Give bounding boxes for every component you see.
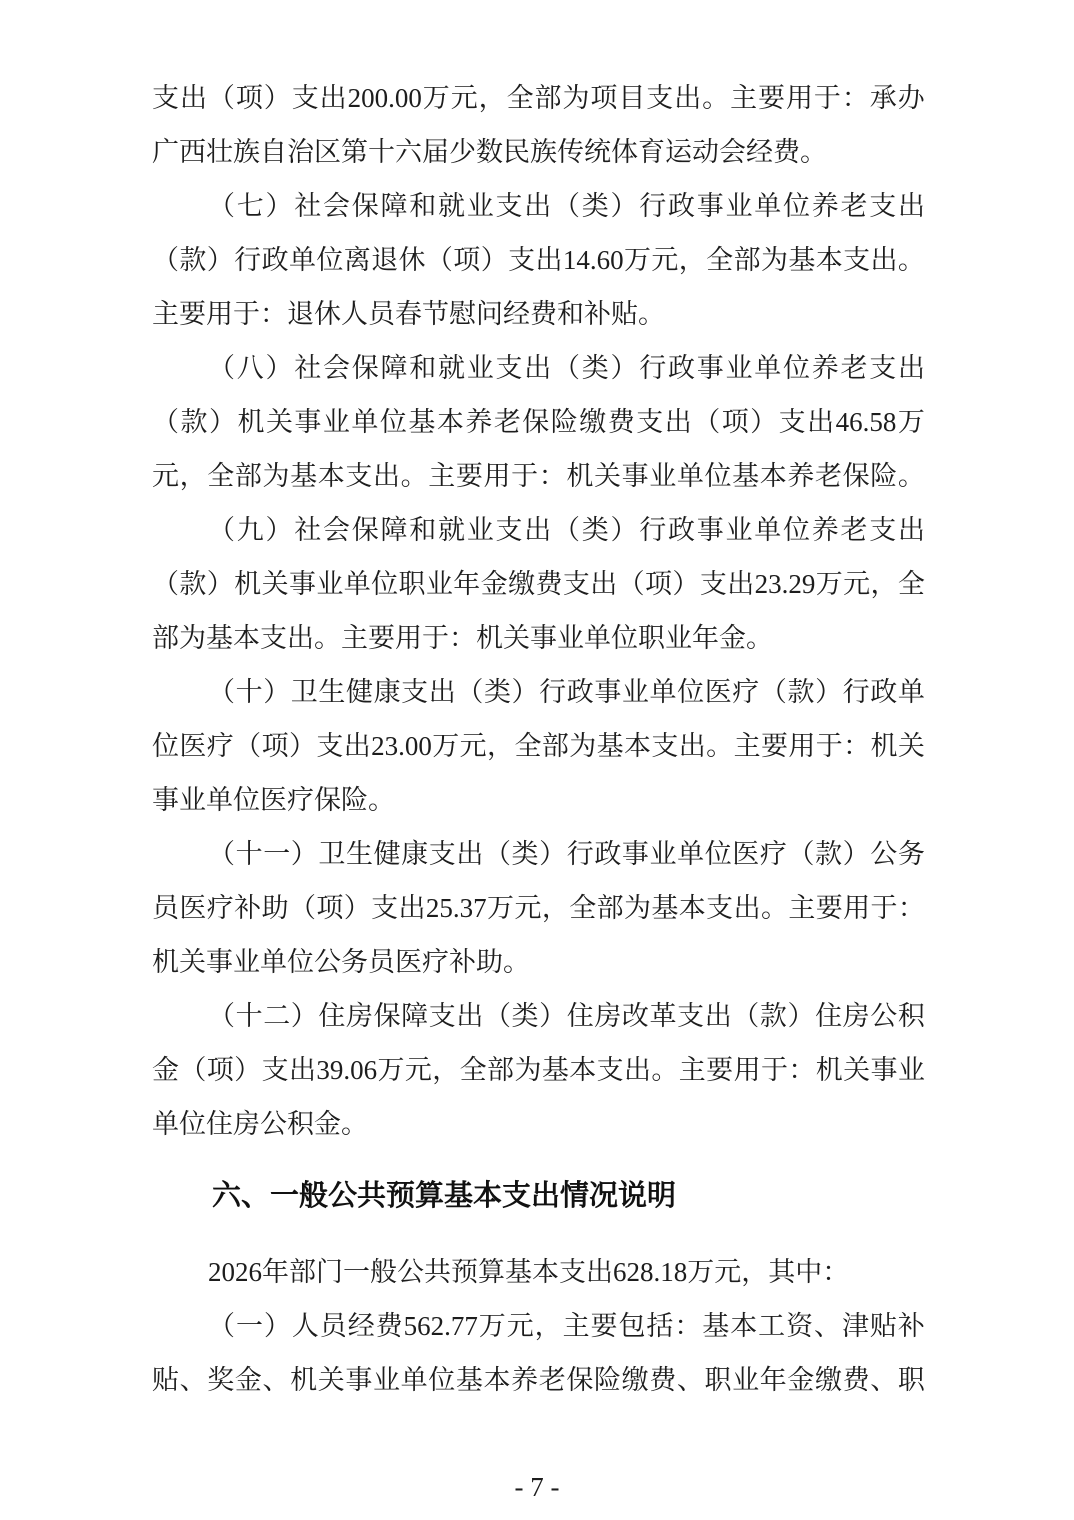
text-line: 员医疗补助（项）支出25.37万元，全部为基本支出。主要用于： [152, 881, 925, 935]
text-line: 单位住房公积金。 [152, 1097, 925, 1151]
text-line: （十一）卫生健康支出（类）行政事业单位医疗（款）公务 [152, 827, 925, 881]
text-line: 广西壮族自治区第十六届少数民族传统体育运动会经费。 [152, 125, 925, 179]
text-line: （七）社会保障和就业支出（类）行政事业单位养老支出 [152, 179, 925, 233]
text-line: 2026年部门一般公共预算基本支出628.18万元，其中： [152, 1245, 925, 1299]
text-line: （款）机关事业单位基本养老保险缴费支出（项）支出46.58万 [152, 395, 925, 449]
text-line: （一）人员经费562.77万元，主要包括：基本工资、津贴补 [152, 1299, 925, 1353]
text-line: 机关事业单位公务员医疗补助。 [152, 935, 925, 989]
section-heading: 六、一般公共预算基本支出情况说明 [152, 1169, 925, 1223]
text-line: （九）社会保障和就业支出（类）行政事业单位养老支出 [152, 503, 925, 557]
page-number: - 7 - [0, 1472, 1074, 1502]
text-line: 支出（项）支出200.00万元，全部为项目支出。主要用于：承办 [152, 71, 925, 125]
text-line: 主要用于：退休人员春节慰问经费和补贴。 [152, 287, 925, 341]
text-line: （款）机关事业单位职业年金缴费支出（项）支出23.29万元，全 [152, 557, 925, 611]
text-line: （八）社会保障和就业支出（类）行政事业单位养老支出 [152, 341, 925, 395]
text-line: 元，全部为基本支出。主要用于：机关事业单位基本养老保险。 [152, 449, 925, 503]
text-line: （款）行政单位离退休（项）支出14.60万元，全部为基本支出。 [152, 233, 925, 287]
text-line: 贴、奖金、机关事业单位基本养老保险缴费、职业年金缴费、职 [152, 1353, 925, 1407]
text-line: （十）卫生健康支出（类）行政事业单位医疗（款）行政单 [152, 665, 925, 719]
page-body: 支出（项）支出200.00万元，全部为项目支出。主要用于：承办广西壮族自治区第十… [152, 71, 925, 1407]
document-page: 支出（项）支出200.00万元，全部为项目支出。主要用于：承办广西壮族自治区第十… [0, 0, 1074, 1520]
text-line: 位医疗（项）支出23.00万元，全部为基本支出。主要用于：机关 [152, 719, 925, 773]
text-line: 金（项）支出39.06万元，全部为基本支出。主要用于：机关事业 [152, 1043, 925, 1097]
text-line: 事业单位医疗保险。 [152, 773, 925, 827]
text-line: 部为基本支出。主要用于：机关事业单位职业年金。 [152, 611, 925, 665]
text-line: （十二）住房保障支出（类）住房改革支出（款）住房公积 [152, 989, 925, 1043]
